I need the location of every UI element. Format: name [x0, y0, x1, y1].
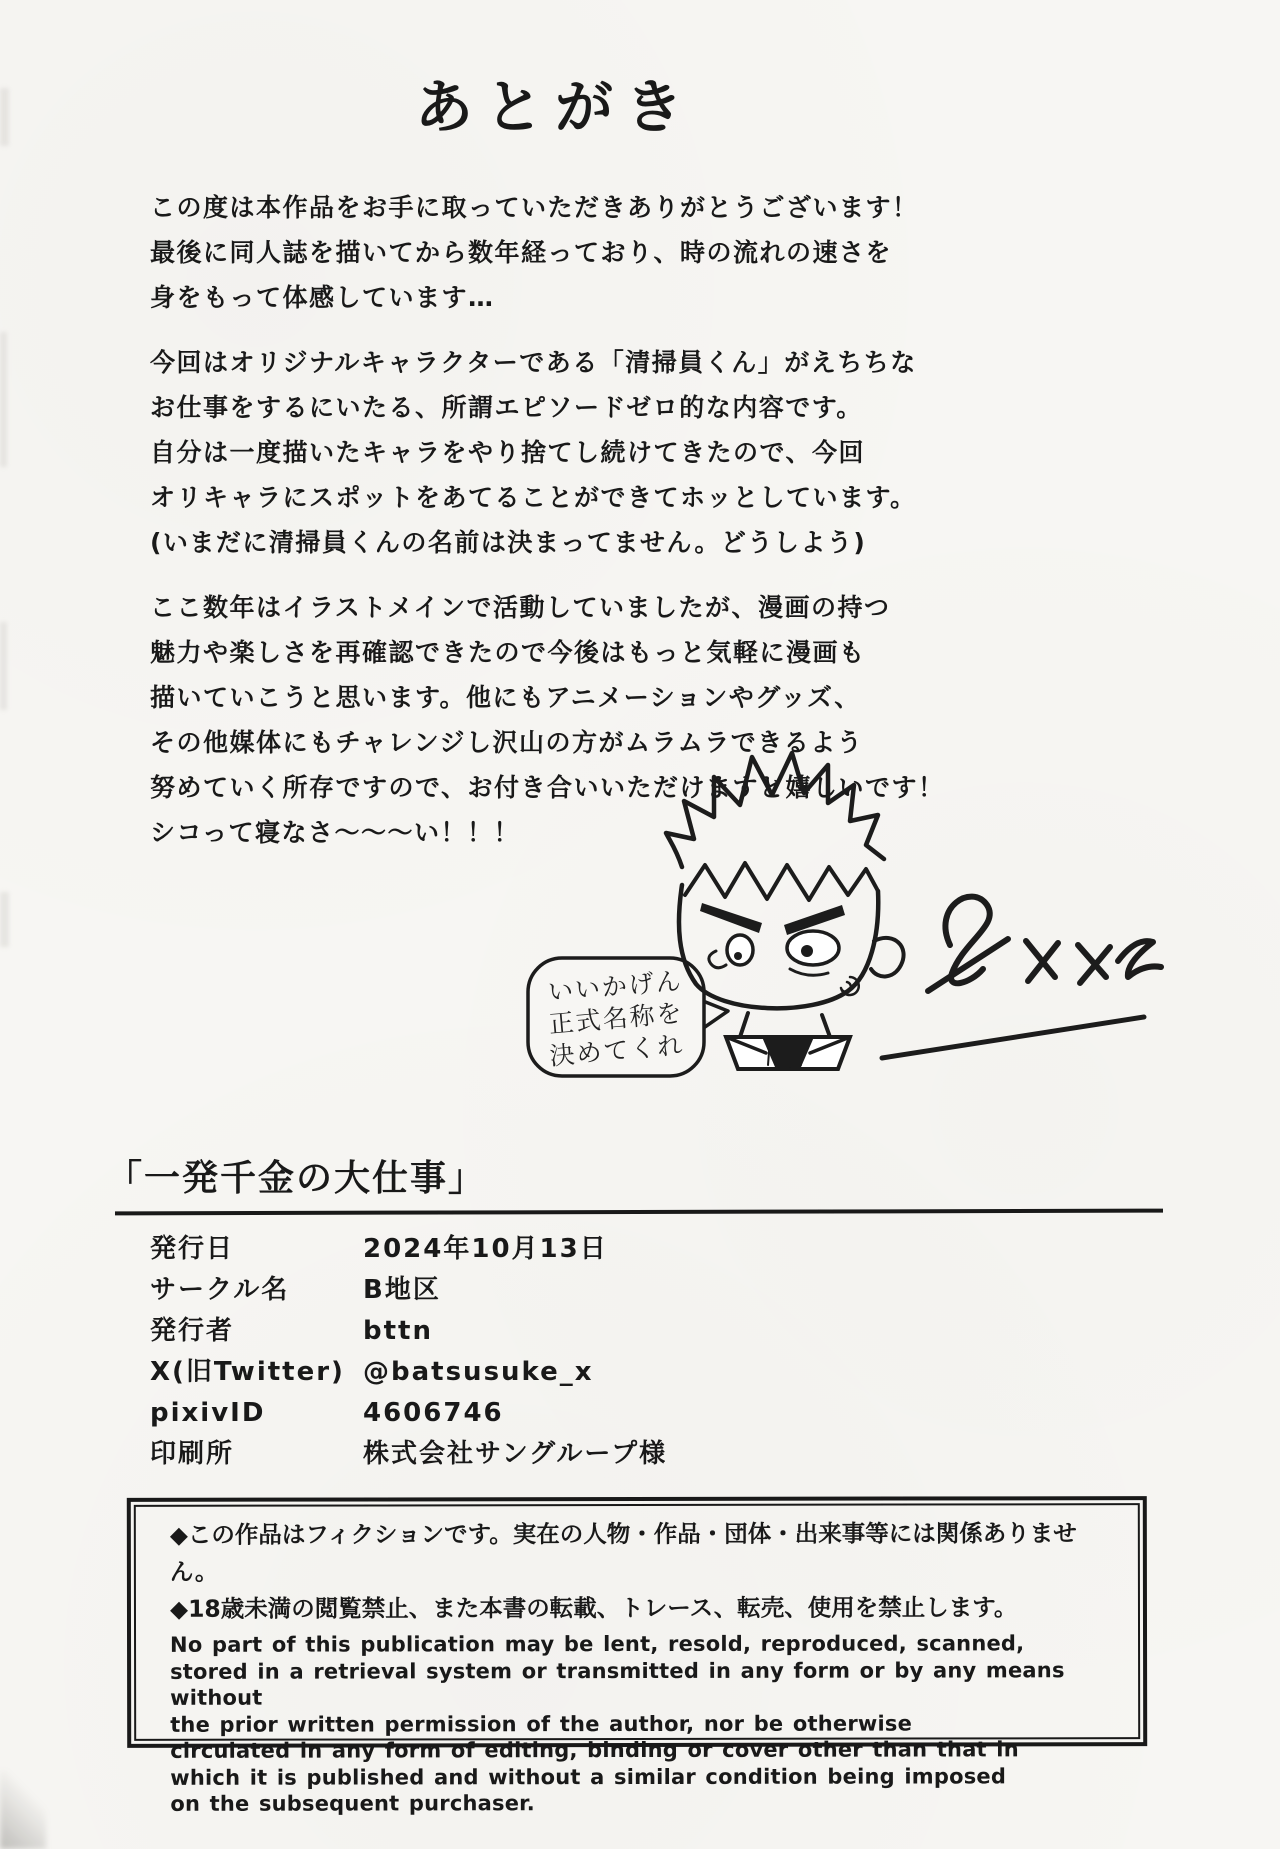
disclaimer-english: No part of this publication may be lent,…: [170, 1630, 1118, 1817]
afterword-title: あとがき: [0, 72, 1110, 142]
doodle-illustration: いいかげん 正式名称を 決めてくれ: [430, 745, 1200, 1115]
colophon: 発行日 2024年10月13日 サークル名 B地区 発行者 bttn X(旧Tw…: [150, 1235, 667, 1468]
disclaimer-inner-border: ◆この作品はフィクションです。実在の人物・作品・団体・出来事等には関係ありません…: [134, 1503, 1140, 1741]
colophon-label-pixiv: pixivID: [150, 1399, 363, 1427]
afterword-paragraph-1: この度は本作品をお手に取っていただきありがとうございます！ 最後に同人誌を描いて…: [150, 185, 1000, 320]
colophon-value-twitter: @batsusuke_x: [363, 1358, 667, 1386]
colophon-value-pixiv: 4606746: [363, 1399, 667, 1427]
work-title: 「一発千金の大仕事」: [106, 1150, 486, 1201]
author-signature: [882, 897, 1161, 1058]
afterword-paragraph-2: 今回はオリジナルキャラクターである「清掃員くん」がえちちな お仕事をするにいたる…: [150, 340, 1000, 565]
divider-rule: [115, 1209, 1163, 1216]
signature-underline: [882, 1017, 1144, 1058]
disclaimer-japanese: ◆この作品はフィクションです。実在の人物・作品・団体・出来事等には関係ありません…: [170, 1515, 1118, 1628]
scan-artifact: [0, 332, 7, 467]
colophon-label-printer: 印刷所: [150, 1440, 363, 1468]
colophon-value-printer: 株式会社サングループ様: [363, 1440, 667, 1468]
colophon-label-circle: サークル名: [150, 1276, 363, 1304]
colophon-value-author: bttn: [363, 1317, 667, 1345]
colophon-value-circle: B地区: [363, 1276, 667, 1304]
scan-artifact: [0, 622, 7, 710]
colophon-label-twitter: X(旧Twitter): [150, 1358, 363, 1386]
disclaimer-box: ◆この作品はフィクションです。実在の人物・作品・団体・出来事等には関係ありません…: [127, 1496, 1147, 1748]
afterword-page: あとがき この度は本作品をお手に取っていただきありがとうございます！ 最後に同人…: [0, 0, 1280, 1849]
scan-artifact: [0, 1770, 46, 1849]
colophon-value-date: 2024年10月13日: [363, 1235, 667, 1263]
scan-artifact: [0, 892, 9, 947]
speech-bubble: いいかげん 正式名称を 決めてくれ: [528, 958, 728, 1076]
colophon-label-author: 発行者: [150, 1317, 363, 1345]
colophon-label-date: 発行日: [150, 1235, 363, 1263]
